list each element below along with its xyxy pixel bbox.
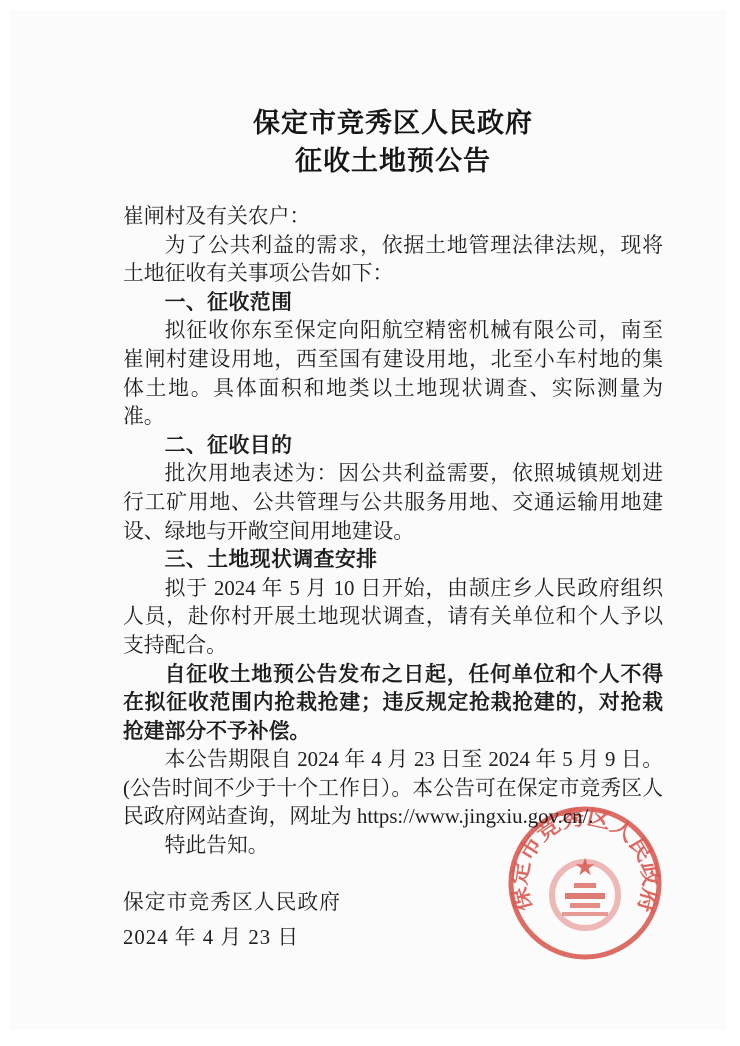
document-title: 保定市竞秀区人民政府 征收土地预公告 — [123, 104, 663, 180]
section-2-heading: 二、征收目的 — [123, 432, 663, 461]
title-line-1: 保定市竞秀区人民政府 — [123, 104, 663, 142]
document-page: 保定市竞秀区人民政府 征收土地预公告 崔闸村及有关农户： 为了公共利益的需求，依… — [10, 10, 726, 1030]
notice-period-paragraph: 本公告期限自 2024 年 4 月 23 日至 2024 年 5 月 9 日。(… — [123, 746, 663, 832]
issue-date: 2024 年 4 月 23 日 — [123, 924, 663, 953]
closing-paragraph: 特此告知。 — [123, 832, 663, 861]
section-2-body: 批次用地表述为：因公共利益需要，依照城镇规划进行工矿用地、公共管理与公共服务用地… — [123, 460, 663, 546]
section-3-heading: 三、土地现状调查安排 — [123, 546, 663, 575]
document-content: 保定市竞秀区人民政府 征收土地预公告 崔闸村及有关农户： 为了公共利益的需求，依… — [123, 104, 663, 952]
issuer-name: 保定市竞秀区人民政府 — [123, 889, 663, 918]
warning-paragraph: 自征收土地预公告发布之日起，任何单位和个人不得在拟征收范围内抢栽抢建；违反规定抢… — [123, 661, 663, 747]
section-1-heading: 一、征收范围 — [123, 289, 663, 318]
title-line-2: 征收土地预公告 — [123, 142, 663, 180]
intro-paragraph: 为了公共利益的需求，依据土地管理法律法规，现将土地征收有关事项公告如下： — [123, 232, 663, 289]
section-1-body: 拟征收你东至保定向阳航空精密机械有限公司，南至崔闸村建设用地，西至国有建设用地，… — [123, 317, 663, 431]
salutation: 崔闸村及有关农户： — [123, 203, 663, 232]
signature-block: 保定市竞秀区人民政府 2024 年 4 月 23 日 — [123, 889, 663, 952]
section-3-body: 拟于 2024 年 5 月 10 日开始，由颉庄乡人民政府组织人员，赴你村开展土… — [123, 575, 663, 661]
document-body: 崔闸村及有关农户： 为了公共利益的需求，依据土地管理法律法规，现将土地征收有关事… — [123, 203, 663, 952]
